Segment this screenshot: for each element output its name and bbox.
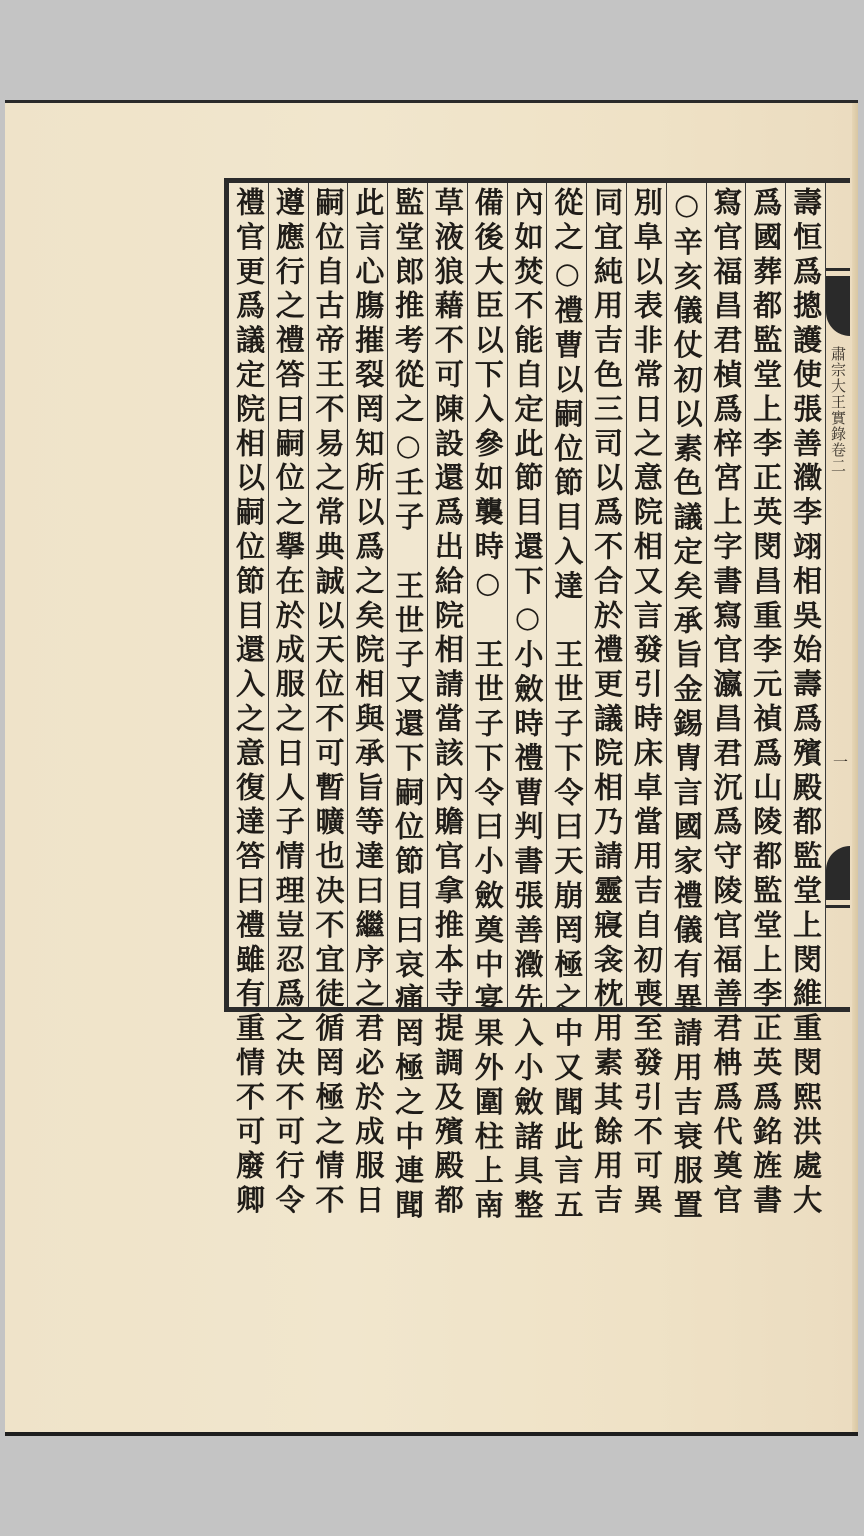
column-text: ○辛亥儀仗初以素色議定矣承旨金錫冑言國家禮儀有異請用吉衰服置 xyxy=(672,187,701,1224)
column-text: 草液狼藉不可陳設還爲出給院相請當該內贍官拿推本寺提調及殯殿都 xyxy=(433,187,462,1219)
text-frame: 壽恒爲摠護使張善瀓李翊相吳始壽爲殯殿都監堂上閔維重閔熙洪處大 爲國葬都監堂上李正… xyxy=(224,178,826,1012)
text-column-14: 遵應行之禮答曰嗣位之擧在於成服之日人子情理豈忍爲之决不可行令 xyxy=(268,183,308,1007)
text-column-13: 嗣位自古帝王不易之常典誠以天位不可暫曠也决不宜徒循罔極之情不 xyxy=(308,183,348,1007)
text-column-15: 禮官更爲議定院相以嗣位節目還入之意復達答曰禮雖有重情不可廢卿 xyxy=(229,183,268,1007)
column-text: 遵應行之禮答曰嗣位之擧在於成服之日人子情理豈忍爲之决不可行令 xyxy=(274,187,303,1219)
column-text: 爲國葬都監堂上李正英閔昌重李元禎爲山陵都監堂上李正英爲銘旌書 xyxy=(751,187,780,1219)
column-text: 從之○禮曹以嗣位節目入達 王世子下令曰天崩罔極之中又聞此言五 xyxy=(552,187,581,1224)
text-column-3: 寫官福昌君楨爲梓宮上字書寫官瀛昌君沉爲守陵官福善君柟爲代奠官 xyxy=(706,183,746,1007)
text-column-12: 此言心膓摧裂罔知所以爲之矣院相與承旨等達曰繼序之君必於成服日 xyxy=(347,183,387,1007)
column-text: 嗣位自古帝王不易之常典誠以天位不可暫曠也决不宜徒循罔極之情不 xyxy=(314,187,343,1219)
text-columns: 壽恒爲摠護使張善瀓李翊相吳始壽爲殯殿都監堂上閔維重閔熙洪處大 爲國葬都監堂上李正… xyxy=(229,183,826,1007)
frame-bottom-border xyxy=(224,1007,850,1012)
text-column-11: 監堂郎推考從之○壬子 王世子又還下嗣位節目曰哀痛罔極之中連聞 xyxy=(387,183,427,1007)
fishtail-top-icon xyxy=(826,276,850,336)
text-column-8: 內如焚不能自定此節目還下○小斂時禮曹判書張善瀓先入小斂諸具整 xyxy=(507,183,547,1007)
text-column-4: ○辛亥儀仗初以素色議定矣承旨金錫冑言國家禮儀有異請用吉衰服置 xyxy=(666,183,706,1007)
frame-top-border xyxy=(224,178,850,183)
column-text: 寫官福昌君楨爲梓宮上字書寫官瀛昌君沉爲守陵官福善君柟爲代奠官 xyxy=(712,187,741,1219)
text-column-6: 同宜純用吉色三司以爲不合於禮更議院相乃請靈寢衾枕用素其餘用吉 xyxy=(586,183,626,1007)
column-text: 別阜以表非常日之意院相又言發引時床卓當用吉自初喪至發引不可異 xyxy=(632,187,661,1219)
text-column-10: 草液狼藉不可陳設還爲出給院相請當該內贍官拿推本寺提調及殯殿都 xyxy=(427,183,467,1007)
fishtail-bottom-icon xyxy=(826,846,850,900)
column-text: 備後大臣以下入參如襲時○ 王世子下令曰小斂奠中宴果外圍柱上南 xyxy=(473,187,502,1224)
text-column-1: 壽恒爲摠護使張善瀓李翊相吳始壽爲殯殿都監堂上閔維重閔熙洪處大 xyxy=(785,183,826,1007)
column-text: 此言心膓摧裂罔知所以爲之矣院相與承旨等達曰繼序之君必於成服日 xyxy=(353,187,382,1219)
spine-page-number: 一 xyxy=(830,754,851,769)
column-text: 監堂郎推考從之○壬子 王世子又還下嗣位節目曰哀痛罔極之中連聞 xyxy=(393,187,422,1224)
text-column-7: 從之○禮曹以嗣位節目入達 王世子下令曰天崩罔極之中又聞此言五 xyxy=(546,183,586,1007)
column-text: 禮官更爲議定院相以嗣位節目還入之意復達答曰禮雖有重情不可廢卿 xyxy=(234,187,263,1219)
center-fold-margin: 肅宗大王實錄卷二 一 xyxy=(826,178,850,1012)
spine-title: 肅宗大王實錄卷二 xyxy=(828,346,849,474)
text-column-9: 備後大臣以下入參如襲時○ 王世子下令曰小斂奠中宴果外圍柱上南 xyxy=(467,183,507,1007)
column-text: 壽恒爲摠護使張善瀓李翊相吳始壽爲殯殿都監堂上閔維重閔熙洪處大 xyxy=(791,187,820,1219)
text-column-5: 別阜以表非常日之意院相又言發引時床卓當用吉自初喪至發引不可異 xyxy=(626,183,666,1007)
column-text: 同宜純用吉色三司以爲不合於禮更議院相乃請靈寢衾枕用素其餘用吉 xyxy=(592,187,621,1219)
text-column-2: 爲國葬都監堂上李正英閔昌重李元禎爲山陵都監堂上李正英爲銘旌書 xyxy=(745,183,785,1007)
column-text: 內如焚不能自定此節目還下○小斂時禮曹判書張善瀓先入小斂諸具整 xyxy=(513,187,542,1224)
